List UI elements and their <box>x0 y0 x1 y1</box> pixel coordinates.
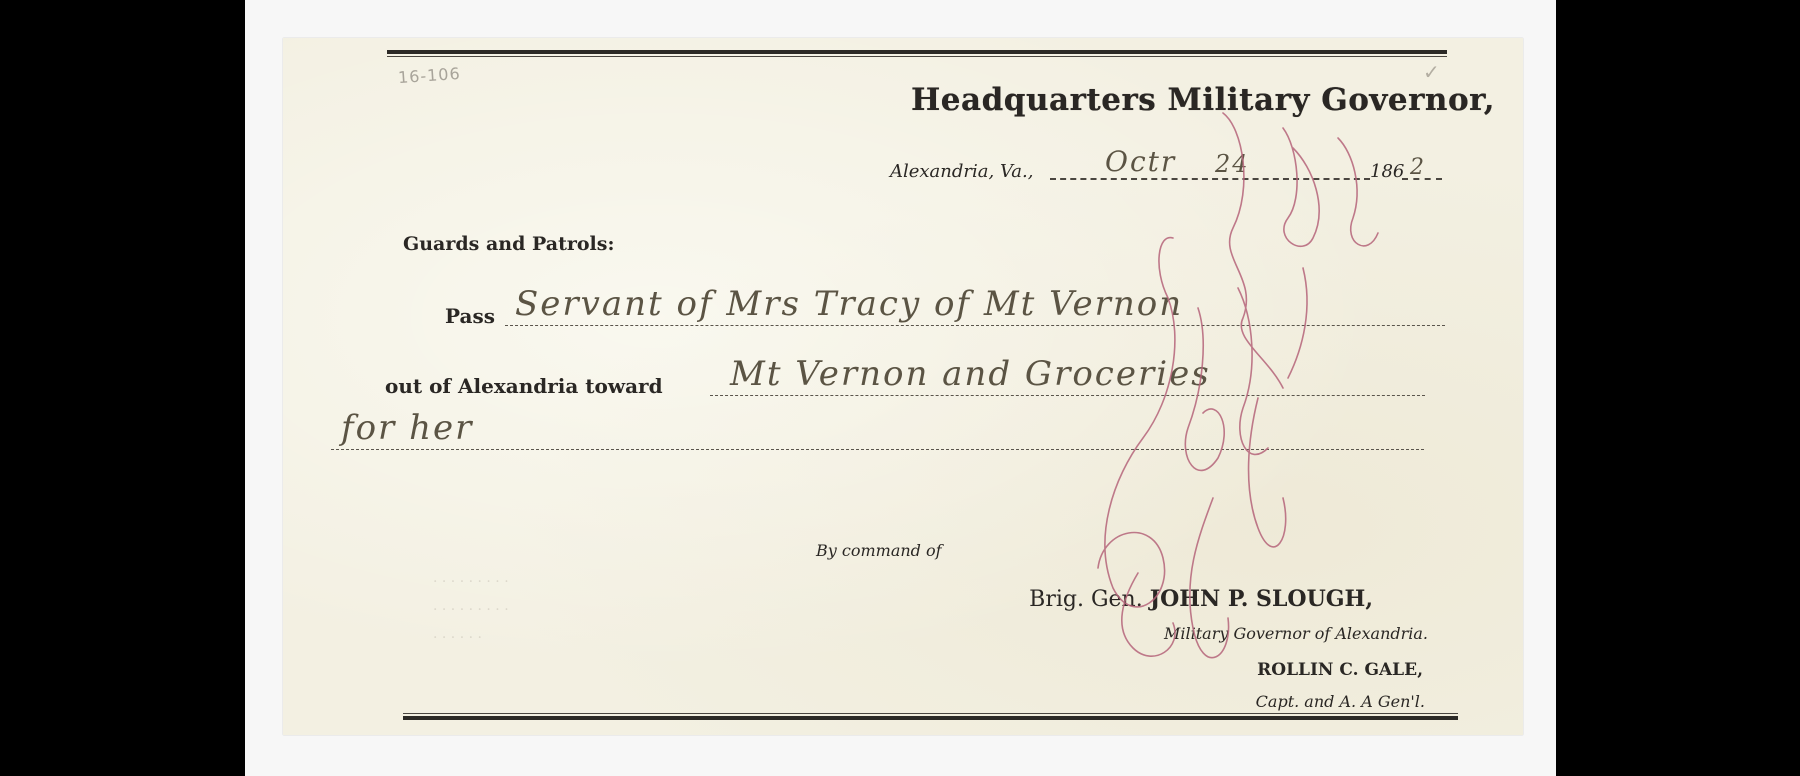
top-border-rule <box>387 50 1447 57</box>
image-viewport: 16-106 ✓ Headquarters Military Governor,… <box>0 0 1800 776</box>
check-mark-icon: ✓ <box>1423 60 1440 84</box>
faded-offset-text: · · · · · · · · · · · · · · · · · · · · … <box>433 568 693 678</box>
by-command-line: By command of <box>816 541 942 560</box>
destination-value: Mt Vernon and Groceries <box>730 354 1211 394</box>
date-blank-line <box>1050 178 1370 180</box>
aide-title: Capt. and A. A Gen'l. <box>1256 692 1425 711</box>
destination-field: out of Alexandria toward Mt Vernon and G… <box>385 356 1425 406</box>
signer-title: Military Governor of Alexandria. <box>1164 624 1428 643</box>
signer-name: JOHN P. SLOUGH, <box>1150 586 1373 612</box>
signer-line: Brig. Gen. JOHN P. SLOUGH, <box>1029 586 1373 612</box>
date-year-prefix: 186 <box>1370 161 1404 182</box>
pass-field: Pass Servant of Mrs Tracy of Mt Vernon <box>445 286 1445 336</box>
signer-rank: Brig. Gen. <box>1029 587 1143 612</box>
date-year-suffix: 2 <box>1410 155 1426 180</box>
salutation: Guards and Patrols: <box>403 233 614 255</box>
purpose-value: for her <box>341 408 473 448</box>
purpose-field: for her <box>331 410 1424 460</box>
purpose-blank-line <box>331 449 1424 450</box>
pass-document: 16-106 ✓ Headquarters Military Governor,… <box>283 38 1523 735</box>
bottom-border-rule <box>403 713 1458 720</box>
pass-value: Servant of Mrs Tracy of Mt Vernon <box>515 284 1183 324</box>
dateline-place: Alexandria, Va., <box>890 161 1033 182</box>
date-month: Octr <box>1105 145 1176 178</box>
date-day: 24 <box>1215 150 1250 178</box>
dateline: Alexandria, Va., Octr 24 186 2 <box>890 148 1590 188</box>
pass-label: Pass <box>445 304 495 328</box>
letterhead-title: Headquarters Military Governor, <box>911 82 1495 118</box>
pass-blank-line <box>505 325 1445 326</box>
destination-blank-line <box>710 395 1425 396</box>
destination-label: out of Alexandria toward <box>385 374 663 398</box>
aide-name: ROLLIN C. GALE, <box>1257 660 1423 680</box>
catalog-number: 16-106 <box>397 64 461 87</box>
